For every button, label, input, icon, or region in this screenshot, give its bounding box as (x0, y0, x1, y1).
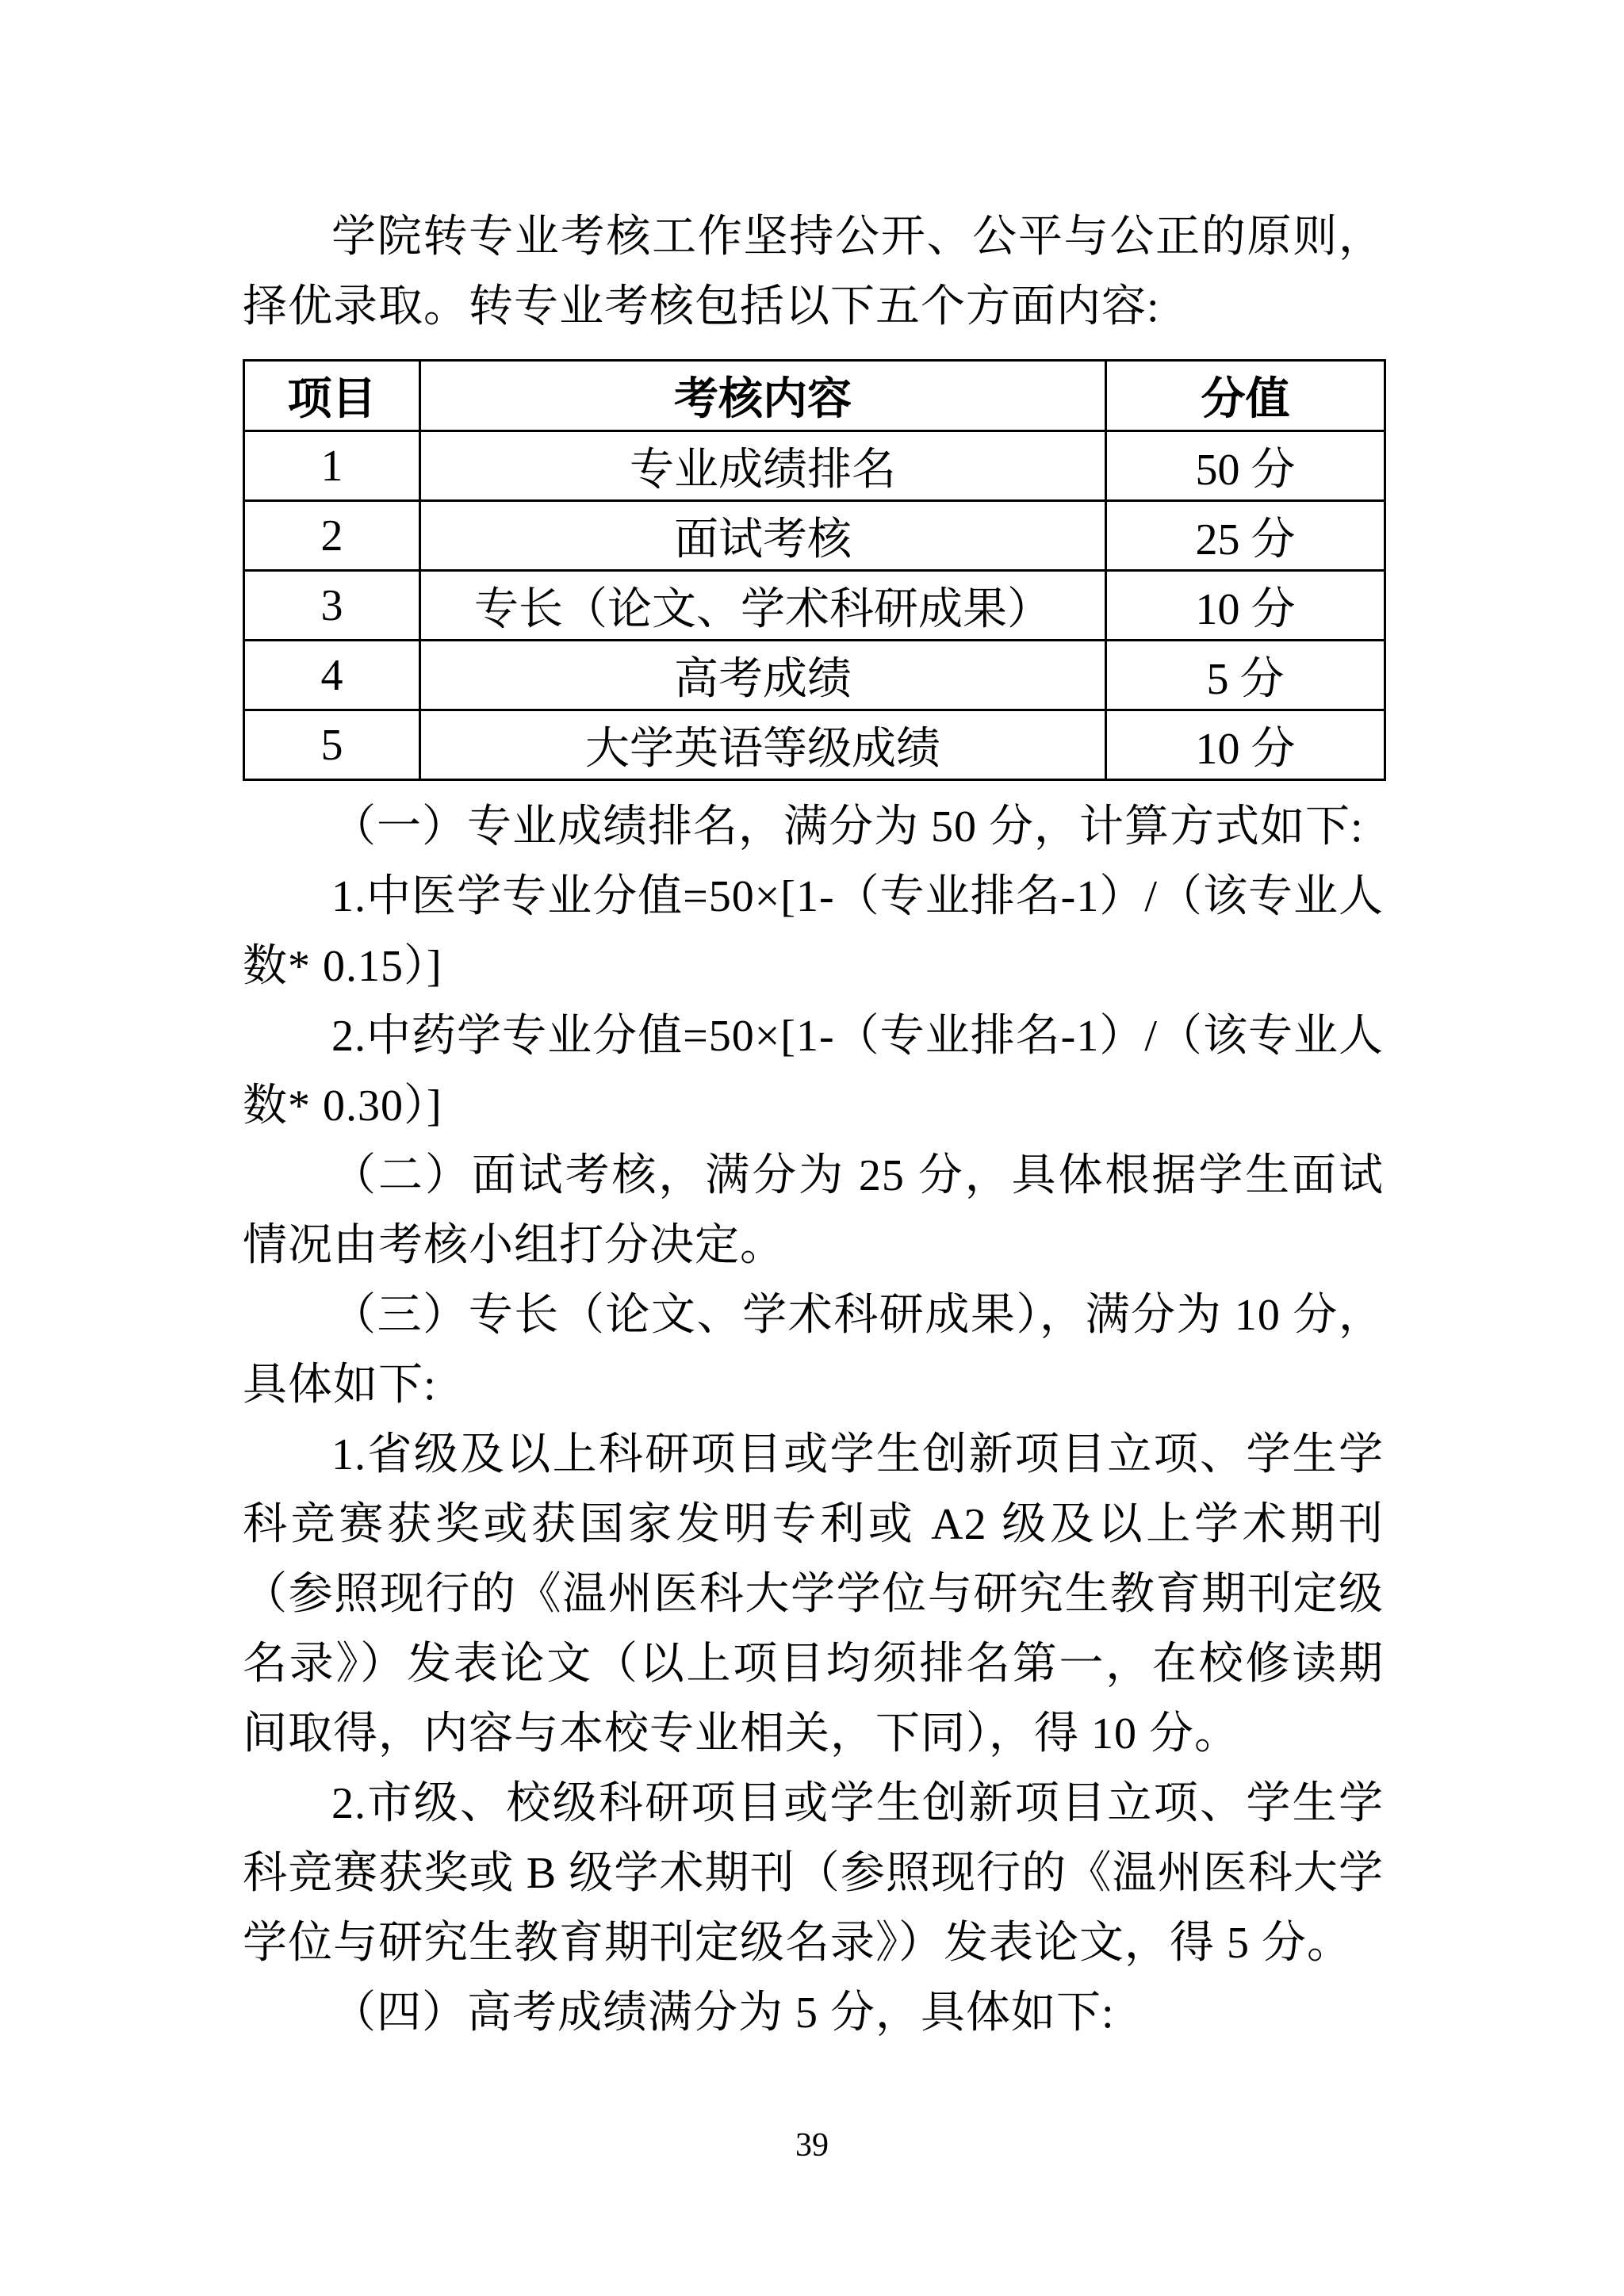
body-paragraph: （一）专业成绩排名，满分为 50 分，计算方式如下: (243, 792, 1384, 862)
body-paragraph: （二）面试考核，满分为 25 分，具体根据学生面试情况由考核小组打分决定。 (243, 1141, 1384, 1280)
table-cell-item: 2 (244, 501, 420, 571)
table-cell-score: 25 分 (1106, 501, 1385, 571)
header-cell-content: 考核内容 (420, 361, 1106, 431)
table-cell-score: 50 分 (1106, 431, 1385, 501)
table-cell-content: 专业成绩排名 (420, 431, 1106, 501)
page-number: 39 (0, 2126, 1624, 2164)
table-row: 4 高考成绩 5 分 (244, 641, 1385, 710)
table-cell-content: 专长（论文、学术科研成果） (420, 571, 1106, 641)
table-cell-item: 4 (244, 641, 420, 710)
header-cell-score: 分值 (1106, 361, 1385, 431)
header-cell-item: 项目 (244, 361, 420, 431)
table-cell-content: 大学英语等级成绩 (420, 710, 1106, 780)
document-body: 学院转专业考核工作坚持公开、公平与公正的原则，择优录取。转专业考核包括以下五个方… (0, 0, 1624, 2048)
body-paragraph: 2.市级、校级科研项目或学生创新项目立项、学生学科竞赛获奖或 B 级学术期刊（参… (243, 1769, 1384, 1978)
body-paragraph: 1.省级及以上科研项目或学生创新项目立项、学生学科竞赛获奖或获国家发明专利或 A… (243, 1420, 1384, 1769)
table-header-row: 项目 考核内容 分值 (244, 361, 1385, 431)
body-paragraph: 1.中医学专业分值=50×[1-（专业排名-1）/（该专业人数* 0.15）] (243, 862, 1384, 1001)
table-cell-score: 10 分 (1106, 710, 1385, 780)
table-cell-content: 高考成绩 (420, 641, 1106, 710)
body-paragraph: 2.中药学专业分值=50×[1-（专业排名-1）/（该专业人数* 0.30）] (243, 1001, 1384, 1141)
intro-paragraph: 学院转专业考核工作坚持公开、公平与公正的原则，择优录取。转专业考核包括以下五个方… (243, 202, 1384, 342)
document-page: 学院转专业考核工作坚持公开、公平与公正的原则，择优录取。转专业考核包括以下五个方… (0, 0, 1624, 2296)
table-row: 3 专长（论文、学术科研成果） 10 分 (244, 571, 1385, 641)
table-cell-item: 3 (244, 571, 420, 641)
table-row: 1 专业成绩排名 50 分 (244, 431, 1385, 501)
table-cell-score: 10 分 (1106, 571, 1385, 641)
table-cell-score: 5 分 (1106, 641, 1385, 710)
table-row: 2 面试考核 25 分 (244, 501, 1385, 571)
table-row: 5 大学英语等级成绩 10 分 (244, 710, 1385, 780)
table-cell-item: 1 (244, 431, 420, 501)
assessment-table: 项目 考核内容 分值 1 专业成绩排名 50 分 2 面试考核 25 分 3 (243, 359, 1386, 781)
table-cell-item: 5 (244, 710, 420, 780)
body-paragraph: （三）专长（论文、学术科研成果），满分为 10 分，具体如下: (243, 1280, 1384, 1420)
body-paragraph: （四）高考成绩满分为 5 分，具体如下: (243, 1978, 1384, 2048)
table-cell-content: 面试考核 (420, 501, 1106, 571)
